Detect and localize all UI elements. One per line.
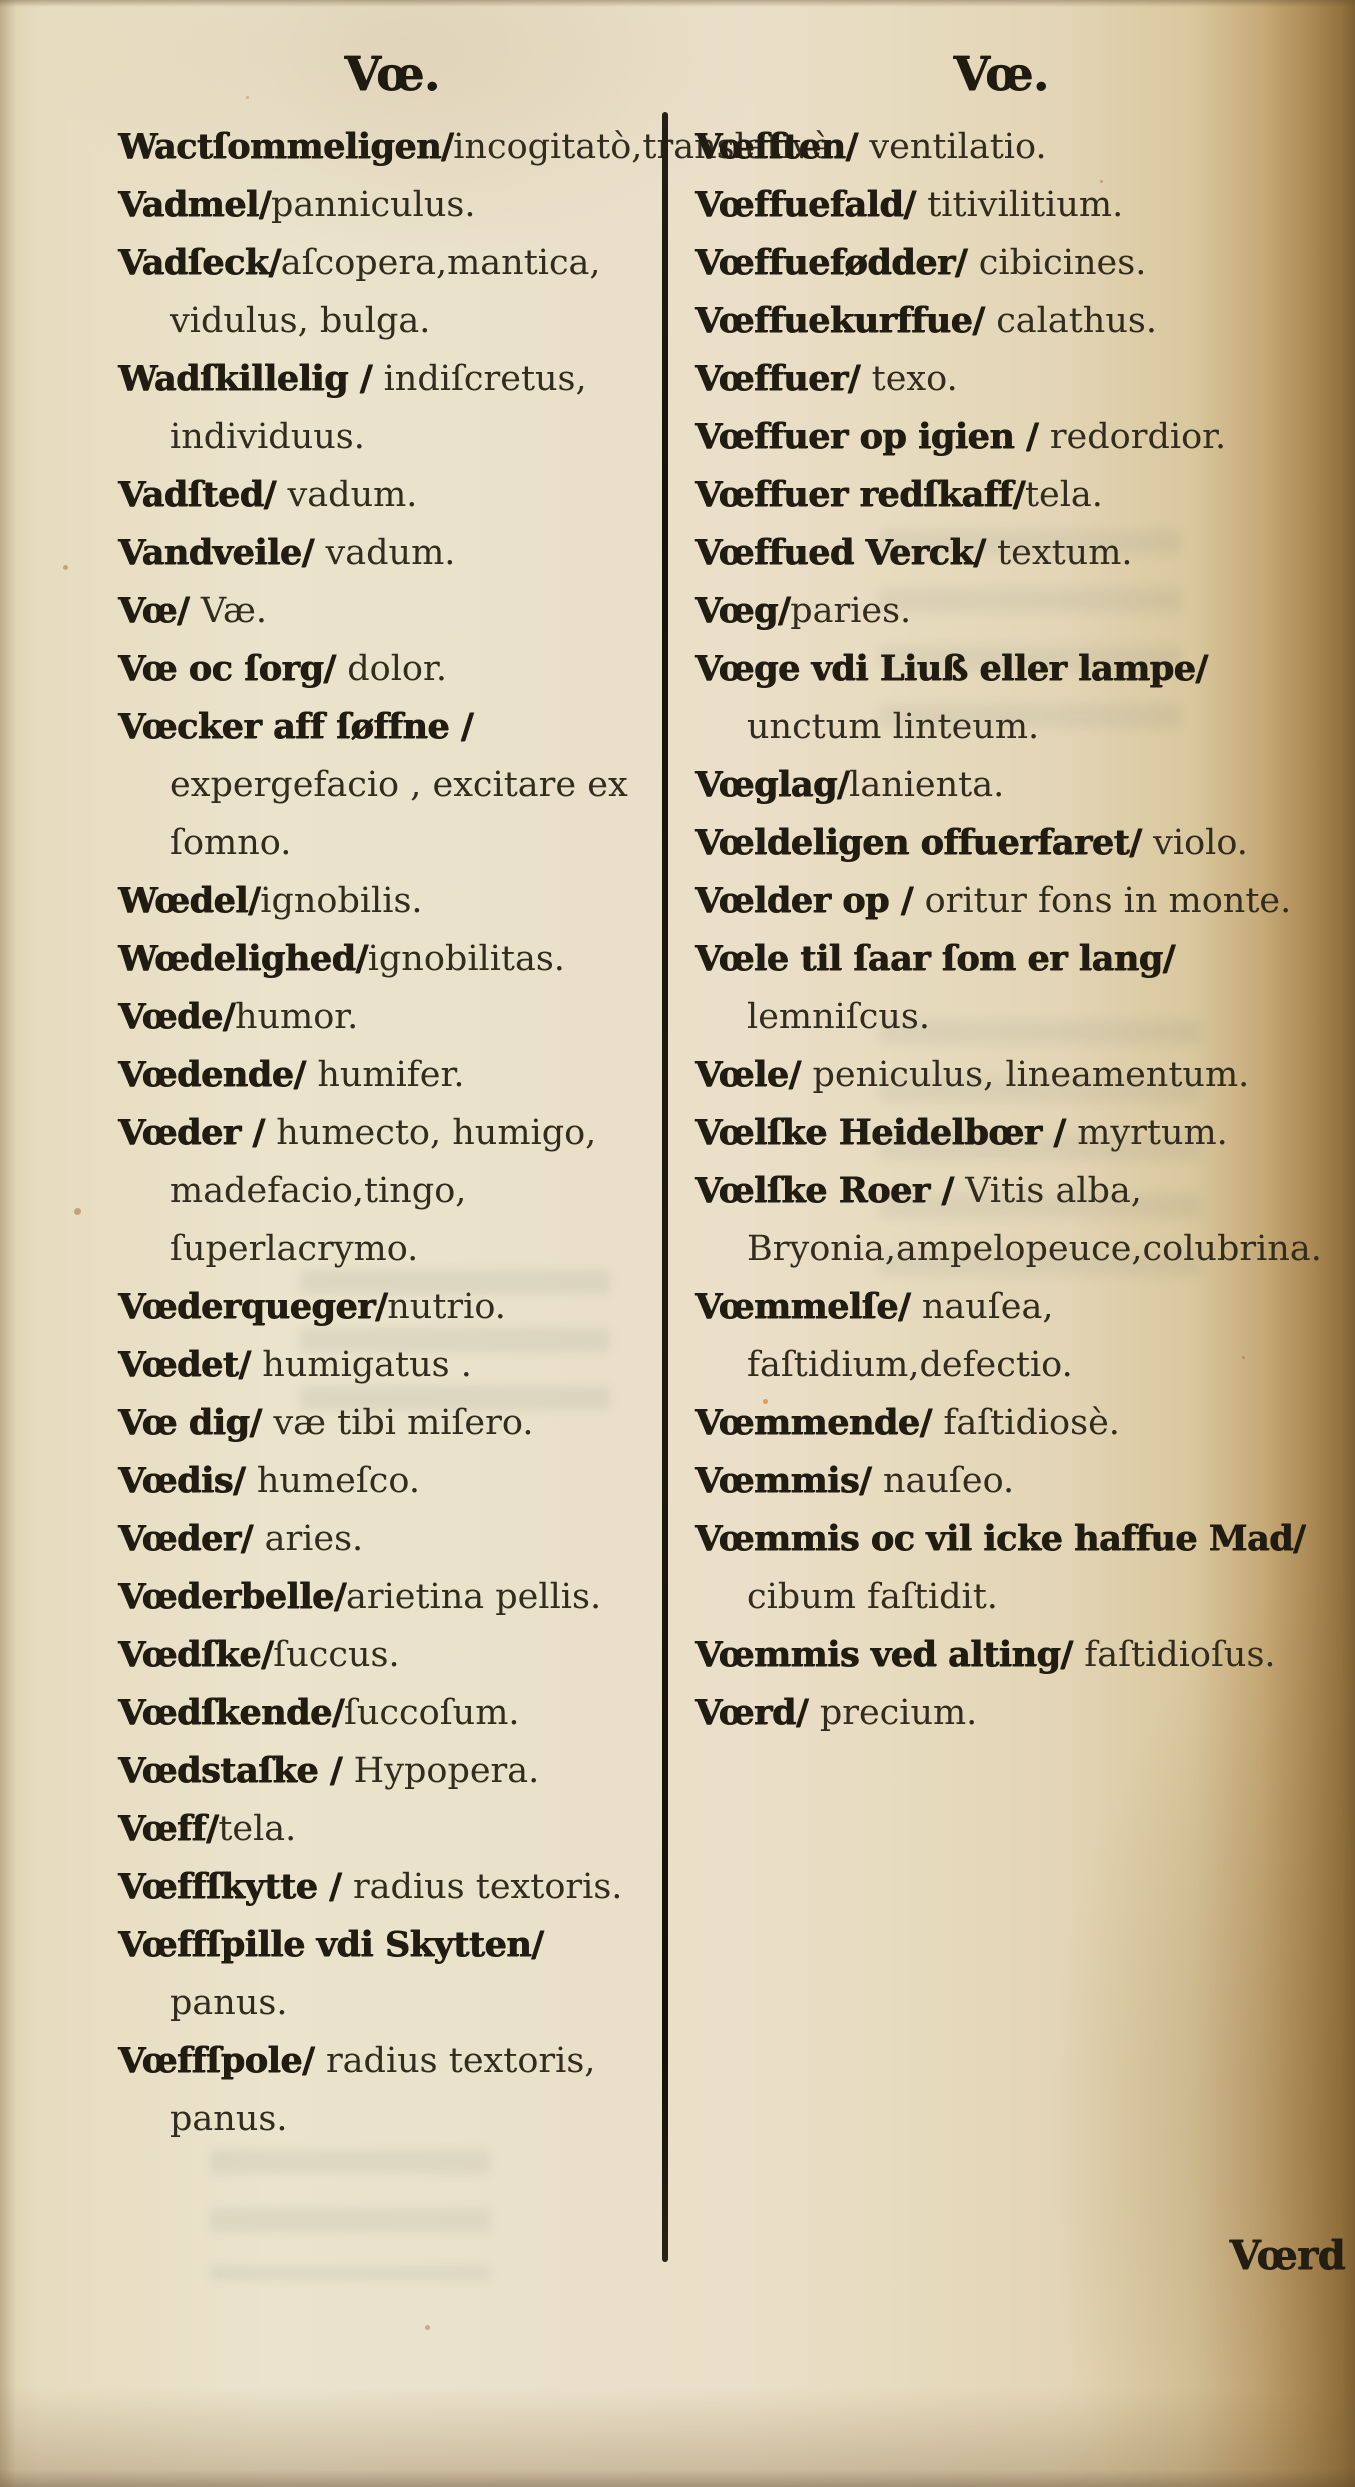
dictionary-entry: Vœfften/ ventilatio. [695,118,1307,176]
dictionary-entry: Vœffuer/ texo. [695,350,1307,408]
dictionary-entry: Vadſeck/aſcopera,mantica, vidulus, bulga… [118,234,666,350]
entry-definition: radius textoris. [353,1867,623,1907]
right-column: Vœ. Vœfften/ ventilatio. Vœffuefald/ tit… [695,42,1307,1742]
entry-headword: Vœderbelle/ [118,1576,346,1617]
ink-showthrough [210,2150,490,2280]
entry-definition: cibicines. [979,243,1147,283]
entry-headword: Vœffuer op igien / [695,416,1050,457]
entry-definition: expergefacio , excitare ex ſomno. [170,765,628,863]
entry-headword: Vœge vdi Liuß eller lampe/ [695,648,1208,689]
dictionary-entry: Vœrd/ precium. [695,1684,1307,1742]
dictionary-entry: Vœff/tela. [118,1800,666,1858]
dictionary-entry: Vœcker aff ſøffne / expergefacio , excit… [118,698,666,872]
dictionary-entry: Vandveile/ vadum. [118,524,666,582]
entry-headword: Vœmmis/ [695,1460,883,1501]
entry-headword: Vœdende/ [118,1054,317,1095]
entry-definition: texo. [872,359,958,399]
entry-definition: humeſco. [257,1461,420,1501]
entry-definition: panus. [170,1983,287,2023]
entry-definition: faſtidiosè. [943,1403,1120,1443]
entry-definition: tela. [218,1809,296,1849]
left-column-header: Vœ. [118,42,666,108]
entry-headword: Vœldeligen offuerfaret/ [695,822,1153,863]
entry-headword: Vœg/ [695,590,790,631]
entry-definition: calathus. [996,301,1157,341]
entry-definition: violo. [1153,823,1248,863]
entry-definition: peniculus, lineamentum. [812,1055,1249,1095]
entry-definition: dolor. [347,649,447,689]
entry-definition: myrtum. [1077,1113,1228,1153]
scanned-dictionary-page: Vœ. Wactſommeligen/incogitatò,translativ… [0,0,1355,2487]
dictionary-entry: Vœlſke Heidelbœr / myrtum. [695,1104,1307,1162]
entry-headword: Vœff/ [118,1808,218,1849]
entry-headword: Vœ dig/ [118,1402,273,1443]
dictionary-entry: Vœlſke Roer / Vitis alba, Bryonia,ampelo… [695,1162,1307,1278]
entry-definition: unctum linteum. [747,707,1039,747]
entry-headword: Vœdet/ [118,1344,262,1385]
dictionary-entry: Vœdstaſke / Hypopera. [118,1742,666,1800]
entry-definition: ignobilis. [260,881,422,921]
entry-headword: Vœderqueger/ [118,1286,387,1327]
dictionary-entry: Vœlder op / oritur fons in monte. [695,872,1307,930]
entry-headword: Vœmmelſe/ [695,1286,922,1327]
entry-headword: Vœle til ſaar ſom er lang/ [695,938,1175,979]
dictionary-entry: Vœffuer op igien / redordior. [695,408,1307,466]
right-column-header: Vœ. [695,42,1307,108]
entry-headword: Vœmmis oc vil icke haffue Mad/ [695,1518,1305,1559]
entry-definition: ventilatio. [869,127,1046,167]
entry-definition: paries. [790,591,911,631]
dictionary-entry: Vœle/ peniculus, lineamentum. [695,1046,1307,1104]
entry-definition: humifer. [317,1055,464,1095]
entry-definition: Hypopera. [354,1751,540,1791]
entry-headword: Vadſted/ [118,474,288,515]
dictionary-entry: Vœge vdi Liuß eller lampe/ unctum linteu… [695,640,1307,756]
entry-headword: Vœffuer/ [695,358,872,399]
entry-definition: vadum. [325,533,455,573]
entry-headword: Vœde/ [118,996,235,1037]
entry-headword: Vœffuefødder/ [695,242,979,283]
dictionary-entry: Vœle til ſaar ſom er lang/ lemniſcus. [695,930,1307,1046]
entry-headword: Vœlſke Heidelbœr / [695,1112,1077,1153]
left-column: Vœ. Wactſommeligen/incogitatò,translativ… [118,42,666,2148]
entry-definition: nutrio. [387,1287,506,1327]
entry-headword: Vœffſpole/ [118,2040,326,2081]
entry-headword: Vœ/ [118,590,201,631]
entry-headword: Vadſeck/ [118,242,281,283]
entry-definition: precium. [820,1693,978,1733]
entry-definition: oritur fons in monte. [925,881,1292,921]
dictionary-entry: Vœde/humor. [118,988,666,1046]
entry-headword: Wœdel/ [118,880,260,921]
dictionary-entry: Vadſted/ vadum. [118,466,666,524]
dictionary-entry: Vœder / humecto, humigo, madefacio,tingo… [118,1104,666,1278]
left-column-entries: Wactſommeligen/incogitatò,translativè. V… [118,118,666,2148]
dictionary-entry: Vœffſpole/ radius textoris, panus. [118,2032,666,2148]
dictionary-entry: Wœdelighed/ignobilitas. [118,930,666,988]
dictionary-entry: Vœdis/ humeſco. [118,1452,666,1510]
entry-definition: panniculus. [271,185,476,225]
dictionary-entry: Vœ/ Væ. [118,582,666,640]
entry-headword: Vœlſke Roer / [695,1170,965,1211]
entry-headword: Vœcker aff ſøffne / [118,706,473,747]
entry-definition: tela. [1025,475,1103,515]
entry-definition: ſuccoſum. [344,1693,520,1733]
dictionary-entry: Vœffſpille vdi Skytten/ panus. [118,1916,666,2032]
dictionary-entry: Vœmmelſe/ nauſea, faſtidium,defectio. [695,1278,1307,1394]
dictionary-entry: Vœdende/ humifer. [118,1046,666,1104]
dictionary-entry: Vœdſke/ſuccus. [118,1626,666,1684]
entry-headword: Wœdelighed/ [118,938,368,979]
entry-headword: Vœrd/ [695,1692,820,1733]
entry-headword: Vœdſke/ [118,1634,273,1675]
entry-definition: vadum. [288,475,418,515]
entry-headword: Vœmmende/ [695,1402,943,1443]
entry-definition: aries. [265,1519,364,1559]
entry-headword: Vœffuer redſkaff/ [695,474,1025,515]
entry-headword: Vœder/ [118,1518,265,1559]
entry-headword: Vœglag/ [695,764,849,805]
entry-headword: Vœmmis ved alting/ [695,1634,1084,1675]
entry-definition: redordior. [1050,417,1226,457]
dictionary-entry: Vœffſkytte / radius textoris. [118,1858,666,1916]
dictionary-entry: Vœ oc ſorg/ dolor. [118,640,666,698]
dictionary-entry: Vœldeligen offuerfaret/ violo. [695,814,1307,872]
entry-definition: arietina pellis. [346,1577,601,1617]
dictionary-entry: Vœderqueger/nutrio. [118,1278,666,1336]
dictionary-entry: Vœdſkende/ſuccoſum. [118,1684,666,1742]
dictionary-entry: Vœ dig/ væ tibi miſero. [118,1394,666,1452]
dictionary-entry: Vœffuer redſkaff/tela. [695,466,1307,524]
dictionary-entry: Vœffued Verck/ textum. [695,524,1307,582]
entry-headword: Vœffued Verck/ [695,532,997,573]
entry-headword: Vandveile/ [118,532,325,573]
entry-headword: Wadſkillelig / [118,358,384,399]
catchword: Vœrd [1120,2232,1345,2279]
entry-definition: ignobilitas. [368,939,565,979]
entry-definition: humor. [235,997,358,1037]
entry-headword: Vœdſkende/ [118,1692,344,1733]
entry-headword: Vœfften/ [695,126,869,167]
dictionary-entry: Vœffuekurffue/ calathus. [695,292,1307,350]
column-divider-rule [662,112,668,2262]
entry-definition: cibum faſtidit. [747,1577,998,1617]
entry-headword: Vœffſkytte / [118,1866,353,1907]
entry-headword: Vœder / [118,1112,276,1153]
dictionary-entry: Vœmmis/ nauſeo. [695,1452,1307,1510]
dictionary-entry: Wadſkillelig / indiſcretus, individuus. [118,350,666,466]
dictionary-entry: Vœderbelle/arietina pellis. [118,1568,666,1626]
dictionary-entry: Wœdel/ignobilis. [118,872,666,930]
dictionary-entry: Vœmmende/ faſtidiosè. [695,1394,1307,1452]
entry-definition: Væ. [201,591,267,631]
entry-headword: Vœffſpille vdi Skytten/ [118,1924,543,1965]
dictionary-entry: Vœffuefald/ titivilitium. [695,176,1307,234]
entry-headword: Vœffuefald/ [695,184,927,225]
entry-definition: ſuccus. [273,1635,399,1675]
entry-definition: textum. [997,533,1132,573]
entry-headword: Vœlder op / [695,880,925,921]
dictionary-entry: Vadmel/panniculus. [118,176,666,234]
dictionary-entry: Vœdet/ humigatus . [118,1336,666,1394]
entry-headword: Vœdstaſke / [118,1750,354,1791]
entry-definition: nauſeo. [883,1461,1014,1501]
entry-headword: Vœdis/ [118,1460,257,1501]
dictionary-entry: Vœglag/lanienta. [695,756,1307,814]
dictionary-entry: Vœmmis ved alting/ faſtidioſus. [695,1626,1307,1684]
entry-definition: lemniſcus. [747,997,930,1037]
right-column-entries: Vœfften/ ventilatio. Vœffuefald/ titivil… [695,118,1307,1742]
entry-definition: titivilitium. [927,185,1123,225]
entry-definition: væ tibi miſero. [273,1403,533,1443]
dictionary-entry: Vœmmis oc vil icke haffue Mad/ cibum faſ… [695,1510,1307,1626]
entry-headword: Vœffuekurffue/ [695,300,996,341]
dictionary-entry: Vœffuefødder/ cibicines. [695,234,1307,292]
entry-headword: Vœ oc ſorg/ [118,648,347,689]
dictionary-entry: Wactſommeligen/incogitatò,translativè. [118,118,666,176]
entry-headword: Wactſommeligen/ [118,126,453,167]
entry-definition: humigatus . [262,1345,472,1385]
entry-headword: Vadmel/ [118,184,271,225]
dictionary-entry: Vœg/paries. [695,582,1307,640]
dictionary-entry: Vœder/ aries. [118,1510,666,1568]
entry-definition: lanienta. [849,765,1004,805]
entry-definition: faſtidioſus. [1084,1635,1275,1675]
entry-headword: Vœle/ [695,1054,812,1095]
